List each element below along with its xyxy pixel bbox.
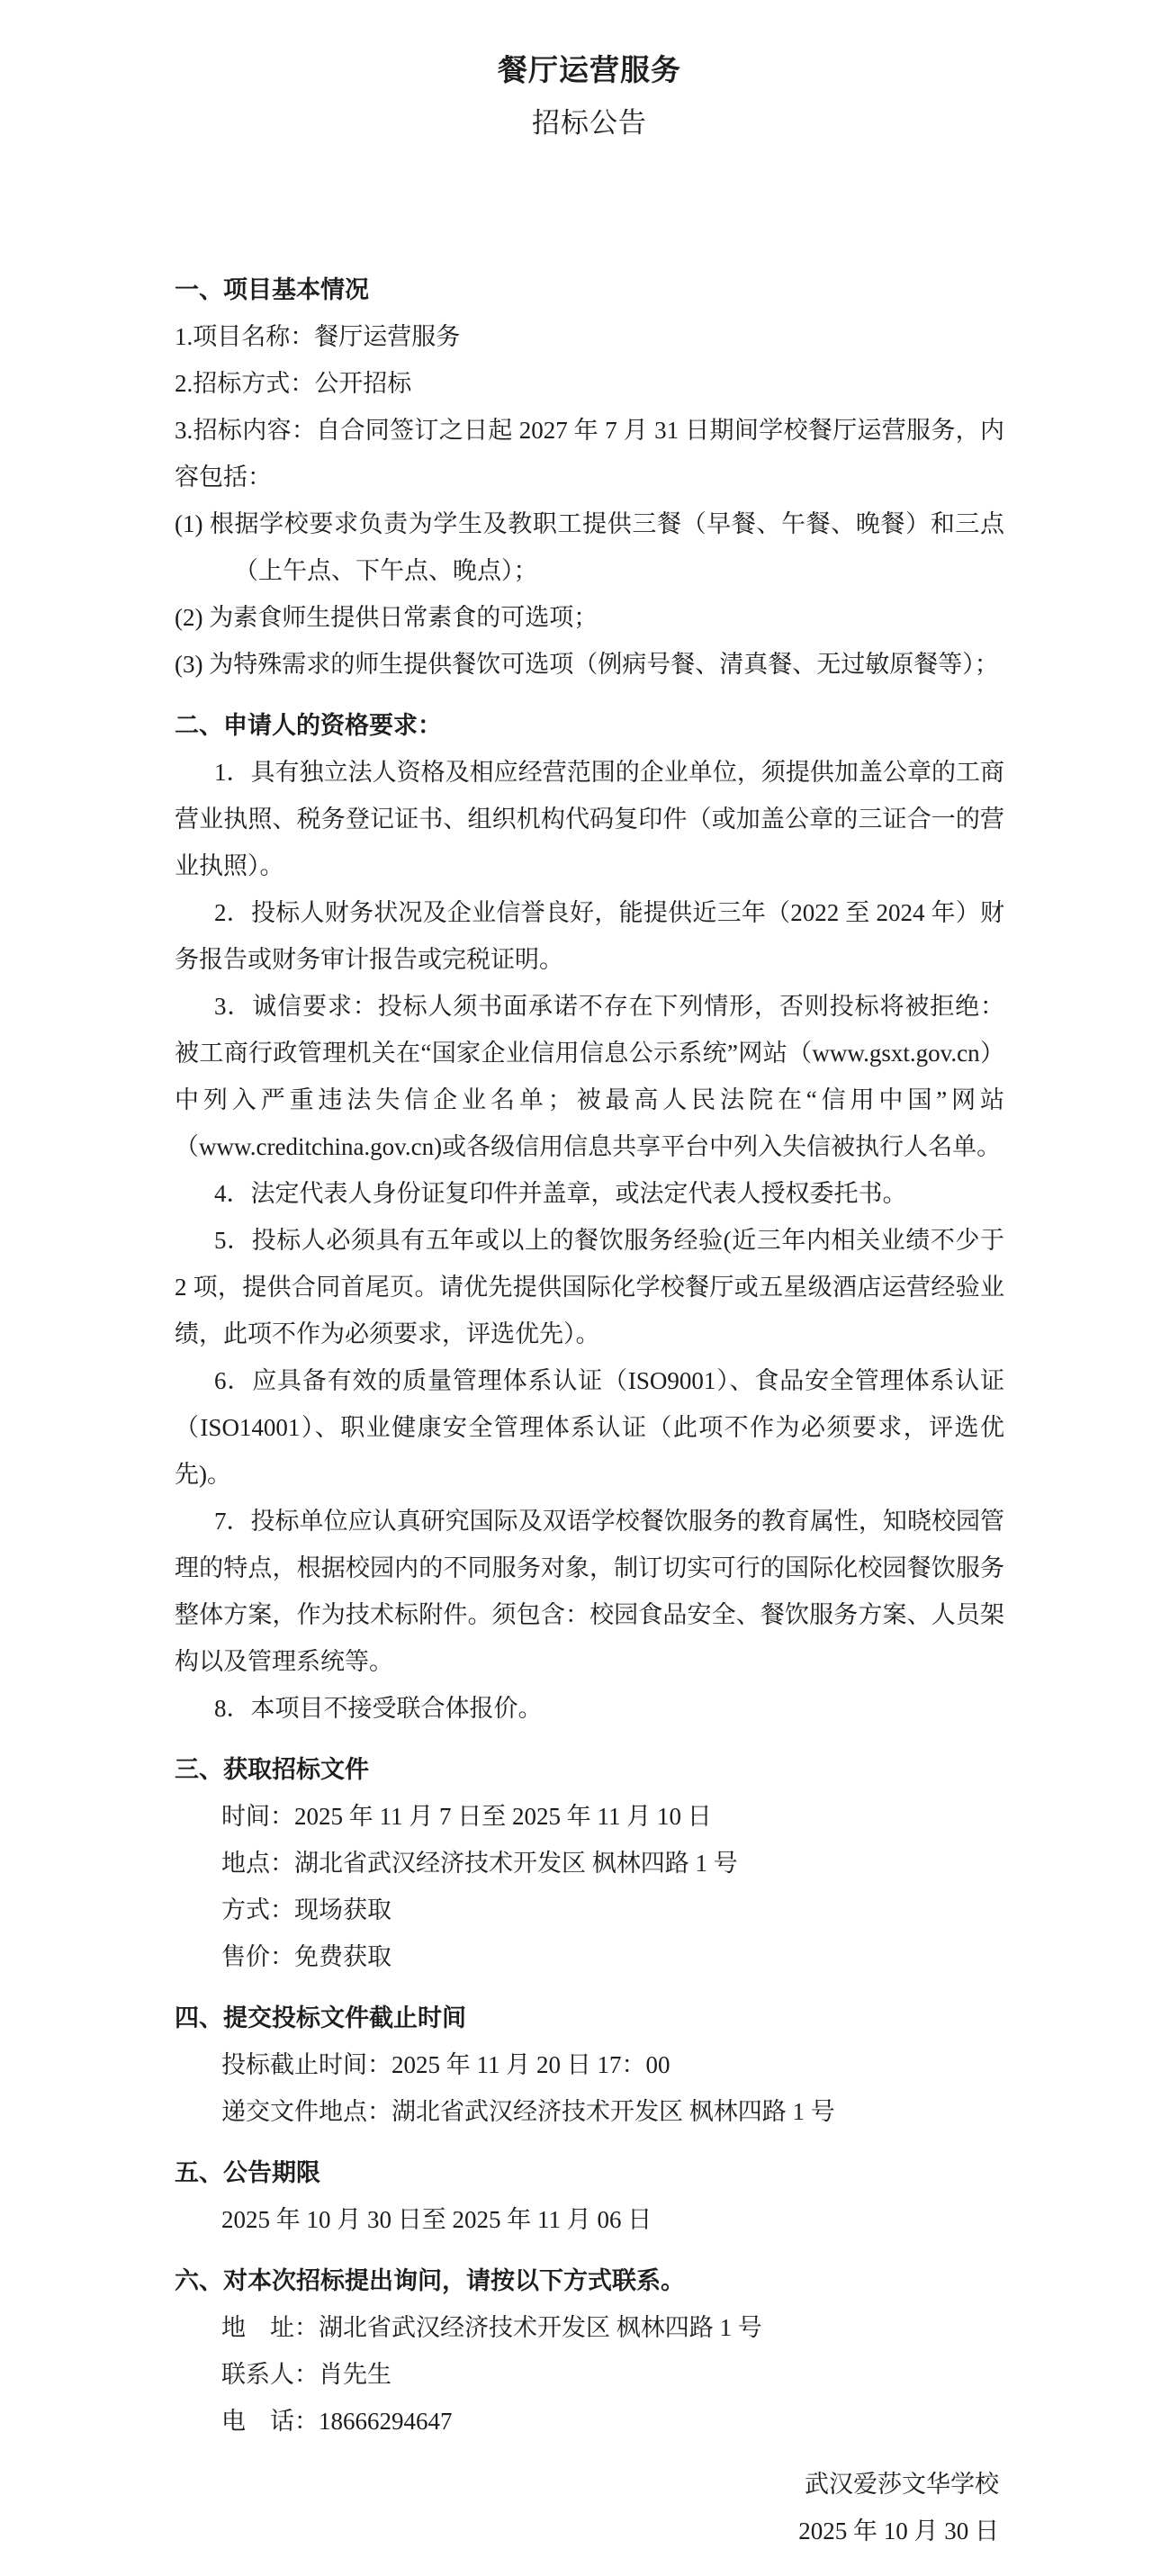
bid-method-line: 2.招标方式：公开招标 xyxy=(175,360,1004,407)
contact-phone-line: 电 话：18666294647 xyxy=(175,2398,1004,2445)
qualification-item-5: 5．投标人必须具有五年或以上的餐饮服务经验(近三年内相关业绩不少于 2 项，提供… xyxy=(175,1217,1004,1357)
signature-block: 武汉爱莎文华学校 2025 年 10 月 30 日 xyxy=(175,2461,1004,2554)
issue-date: 2025 年 10 月 30 日 xyxy=(175,2508,1004,2554)
project-name-line: 1.项目名称：餐厅运营服务 xyxy=(175,313,1004,360)
document-subtitle: 招标公告 xyxy=(175,104,1004,142)
notice-period-line: 2025 年 10 月 30 日至 2025 年 11 月 06 日 xyxy=(175,2196,1004,2243)
submit-place-line: 递交文件地点：湖北省武汉经济技术开发区 枫林四路 1 号 xyxy=(175,2088,1004,2135)
bid-content-item-1: (1) 根据学校要求负责为学生及教职工提供三餐（早餐、午餐、晚餐）和三点（上午点… xyxy=(175,500,1004,594)
document-title: 餐厅运营服务 xyxy=(175,52,1004,90)
qualification-item-3: 3．诚信要求：投标人须书面承诺不存在下列情形，否则投标将被拒绝： 被工商行政管理… xyxy=(175,983,1004,1170)
document-place-line: 地点：湖北省武汉经济技术开发区 枫林四路 1 号 xyxy=(175,1840,1004,1887)
qualification-item-6: 6．应具备有效的质量管理体系认证（ISO9001）、食品安全管理体系认证（ISO… xyxy=(175,1357,1004,1498)
bid-content-item-3: (3) 为特殊需求的师生提供餐饮可选项（例病号餐、清真餐、无过敏原餐等）； xyxy=(175,641,1004,688)
qualification-item-4: 4．法定代表人身份证复印件并盖章，或法定代表人授权委托书。 xyxy=(175,1170,1004,1217)
document-time-line: 时间：2025 年 11 月 7 日至 2025 年 11 月 10 日 xyxy=(175,1793,1004,1840)
issuing-organization: 武汉爱莎文华学校 xyxy=(175,2461,1004,2508)
qualification-item-8: 8．本项目不接受联合体报价。 xyxy=(175,1685,1004,1732)
qualification-item-2: 2．投标人财务状况及企业信誉良好，能提供近三年（2022 至 2024 年）财务… xyxy=(175,889,1004,983)
bid-content-item-2: (2) 为素食师生提供日常素食的可选项； xyxy=(175,594,1004,641)
contact-person-line: 联系人：肖先生 xyxy=(175,2351,1004,2398)
section-5-heading: 五、公告期限 xyxy=(175,2149,1004,2196)
section-6-heading: 六、对本次招标提出询问，请按以下方式联系。 xyxy=(175,2257,1004,2304)
section-1-heading: 一、项目基本情况 xyxy=(175,266,1004,313)
document-price-line: 售价：免费获取 xyxy=(175,1933,1004,1980)
deadline-line: 投标截止时间：2025 年 11 月 20 日 17：00 xyxy=(175,2041,1004,2088)
document-method-line: 方式：现场获取 xyxy=(175,1887,1004,1933)
section-2-heading: 二、申请人的资格要求： xyxy=(175,702,1004,749)
qualification-item-1: 1．具有独立法人资格及相应经营范围的企业单位，须提供加盖公章的工商营业执照、税务… xyxy=(175,749,1004,889)
qualification-item-7: 7．投标单位应认真研究国际及双语学校餐饮服务的教育属性，知晓校园管理的特点，根据… xyxy=(175,1498,1004,1685)
section-4-heading: 四、提交投标文件截止时间 xyxy=(175,1995,1004,2041)
bid-content-line: 3.招标内容：自合同签订之日起 2027 年 7 月 31 日期间学校餐厅运营服… xyxy=(175,407,1004,500)
contact-address-line: 地 址：湖北省武汉经济技术开发区 枫林四路 1 号 xyxy=(175,2304,1004,2351)
tender-notice-document: 餐厅运营服务 招标公告 一、项目基本情况 1.项目名称：餐厅运营服务 2.招标方… xyxy=(0,0,1152,2576)
section-3-heading: 三、获取招标文件 xyxy=(175,1746,1004,1793)
